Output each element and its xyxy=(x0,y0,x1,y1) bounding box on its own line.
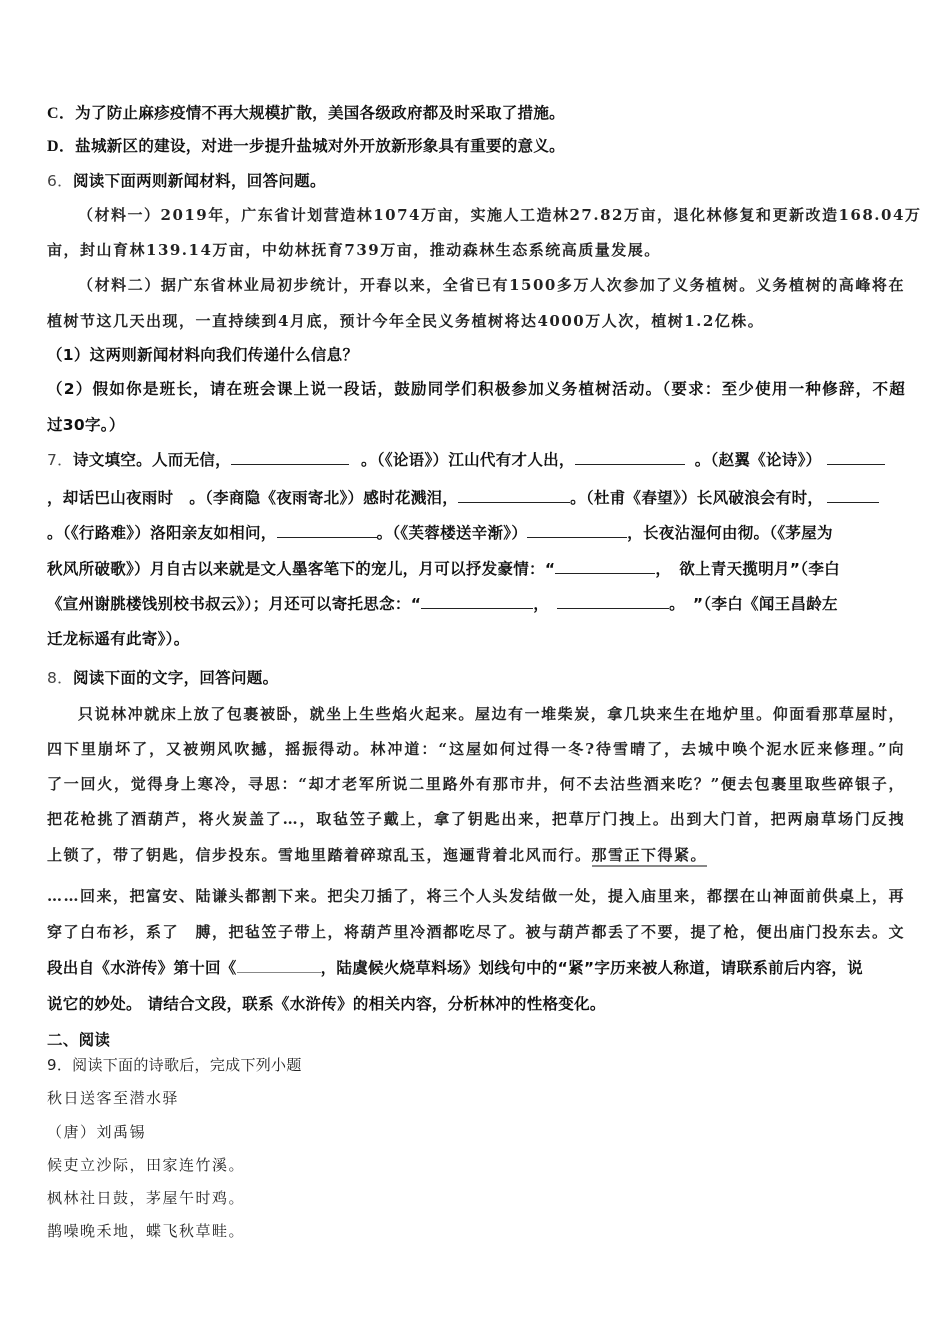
passage-line: 把花枪挑了酒葫芦，将火炭盖了…，取毡笠子戴上，拿了钥匙出来，把草厅门拽上。出到大… xyxy=(47,809,905,829)
poem-line: 候吏立沙际，田家连竹溪。 xyxy=(47,1155,905,1175)
question-7-line-2: ，却话巴山夜雨时 。（李商隐《夜雨寄北》）感时花溅泪，。（杜甫《春望》）长风破浪… xyxy=(47,488,905,508)
poem-author: （唐）刘禹锡 xyxy=(47,1122,905,1142)
text: ，长夜沾湿何由彻。（《茅屋为 xyxy=(627,524,833,542)
underlined-sentence: 那雪正下得紧。 xyxy=(592,846,708,867)
text: 《宣州谢朓楼饯别校书叔云》）；月还可以寄托思念：“ xyxy=(47,595,421,613)
question-7-line-1: 7．诗文填空。人而无信，。（《论语》）江山代有才人出，。（赵翼《论诗》） xyxy=(47,450,905,470)
text: ，陆虞候火烧草料场》划线句中的“紧”字历来被人称道，请联系前后内容，说 xyxy=(321,959,863,977)
text: ， 欲上青天揽明月”（李白 xyxy=(655,560,840,578)
text: 。（《芙蓉楼送辛渐》） xyxy=(377,524,528,542)
answer-blank[interactable] xyxy=(277,523,377,538)
passage-line: 了一回火，觉得身上寒冷，寻思：“却才老军所说二里路外有那市井，何不去沽些酒来吃？… xyxy=(47,774,905,794)
option-text: 为了防止麻疹疫情不再大规模扩散，美国各级政府都及时采取了措施。 xyxy=(75,104,565,122)
text: 段出自《水浒传》第十回《 xyxy=(47,959,237,977)
option-label: D． xyxy=(47,138,75,155)
passage-line: 四下里崩坏了，又被朔风吹撼，摇振得动。林冲道：“这屋如何过得一冬?待雪晴了，去城… xyxy=(47,739,905,759)
question-7-line-4: 秋风所破歌》）月自古以来就是文人墨客笔下的宠儿，月可以抒发豪情：“， 欲上青天揽… xyxy=(47,559,905,579)
text: 。（杜甫《春望》）长风破浪会有时， xyxy=(570,489,823,507)
question-9-prompt: 9．阅读下面的诗歌后，完成下列小题 xyxy=(47,1055,905,1075)
passage-line: 穿了白布衫，系了 膊，把毡笠子带上，将葫芦里冷酒都吃尽了。被与葫芦都丢了不要，提… xyxy=(47,922,905,942)
option-label: C． xyxy=(47,105,75,122)
answer-blank[interactable] xyxy=(557,594,669,609)
material-1-line-1: （材料一）2019年，广东省计划营造林1074万亩，实施人工造林27.82万亩，… xyxy=(78,205,905,225)
answer-blank[interactable] xyxy=(527,523,627,538)
text: 秋风所破歌》）月自古以来就是文人墨客笔下的宠儿，月可以抒发豪情：“ xyxy=(47,560,555,578)
question-number: 6． xyxy=(47,172,73,190)
question-6-sub-2-line-2: 过30字。） xyxy=(47,415,905,435)
question-6-sub-2-line-1: （2）假如你是班长，请在班会课上说一段话，鼓励同学们积极参加义务植树活动。（要求… xyxy=(47,379,905,399)
question-text: 阅读下面的文字，回答问题。 xyxy=(73,669,278,687)
section-title: 二、阅读 xyxy=(47,1030,905,1050)
question-number: 8． xyxy=(47,669,73,687)
question-8-task-line-1: 段出自《水浒传》第十回《，陆虞候火烧草料场》划线句中的“紧”字历来被人称道，请联… xyxy=(47,958,905,978)
answer-blank[interactable] xyxy=(575,450,685,465)
passage-line: ……回来，把富安、陆谦头都割下来。把尖刀插了，将三个人头发结做一处，提入庙里来，… xyxy=(47,886,905,906)
answer-blank[interactable] xyxy=(827,450,885,465)
question-8-prompt: 8．阅读下面的文字，回答问题。 xyxy=(47,668,905,688)
text: 诗文填空。人而无信， xyxy=(73,451,231,469)
answer-blank[interactable] xyxy=(827,488,879,503)
material-2-line-1: （材料二）据广东省林业局初步统计，开春以来，全省已有1500多万人次参加了义务植… xyxy=(78,275,905,295)
question-number: 9． xyxy=(47,1056,72,1074)
text: 。（赵翼《论诗》） xyxy=(695,451,822,469)
passage-line: 上锁了，带了钥匙，信步投东。雪地里踏着碎琼乱玉，迤逦背着北风而行。那雪正下得紧。 xyxy=(47,845,905,865)
question-6-prompt: 6．阅读下面两则新闻材料，回答问题。 xyxy=(47,171,905,191)
question-text: 阅读下面两则新闻材料，回答问题。 xyxy=(73,172,326,190)
answer-blank[interactable] xyxy=(458,488,570,503)
material-1-line-2: 亩，封山育林139.14万亩，中幼林抚育739万亩，推动森林生态系统高质量发展。 xyxy=(47,240,905,260)
answer-blank[interactable] xyxy=(237,958,321,973)
text: ，却话巴山夜雨时 。（李商隐《夜雨寄北》）感时花溅泪， xyxy=(47,489,458,507)
question-text: 阅读下面的诗歌后，完成下列小题 xyxy=(72,1056,302,1074)
material-2-line-2: 植树节这几天出现，一直持续到4月底，预计今年全民义务植树将达4000万人次，植树… xyxy=(47,311,905,331)
question-number: 7． xyxy=(47,451,73,469)
option-text: 盐城新区的建设，对进一步提升盐城对外开放新形象具有重要的意义。 xyxy=(75,137,565,155)
text: 。 ”（李白《闻王昌龄左 xyxy=(669,595,838,613)
text: 上锁了，带了钥匙，信步投东。雪地里踏着碎琼乱玉，迤逦背着北风而行。 xyxy=(47,846,592,864)
question-7-line-5: 《宣州谢朓楼饯别校书叔云》）；月还可以寄托思念：“， 。 ”（李白《闻王昌龄左 xyxy=(47,594,905,614)
answer-blank[interactable] xyxy=(231,450,349,465)
answer-blank[interactable] xyxy=(555,559,655,574)
option-c: C．为了防止麻疹疫情不再大规模扩散，美国各级政府都及时采取了措施。 xyxy=(47,103,905,124)
question-7-line-3: 。（《行路难》）洛阳亲友如相问，。（《芙蓉楼送辛渐》），长夜沾湿何由彻。（《茅屋… xyxy=(47,523,905,543)
answer-blank[interactable] xyxy=(421,594,533,609)
passage-line: 只说林冲就床上放了包裹被卧，就坐上生些焰火起来。屋边有一堆柴炭，拿几块来生在地炉… xyxy=(78,704,905,724)
option-d: D．盐城新区的建设，对进一步提升盐城对外开放新形象具有重要的意义。 xyxy=(47,136,905,157)
question-8-task-line-2: 说它的妙处。 请结合文段，联系《水浒传》的相关内容，分析林冲的性格变化。 xyxy=(47,994,905,1014)
question-6-sub-1: （1）这两则新闻材料向我们传递什么信息？ xyxy=(47,345,905,365)
text: 。（《论语》）江山代有才人出， xyxy=(361,451,575,469)
poem-line: 枫林社日鼓，茅屋午时鸡。 xyxy=(47,1188,905,1208)
text: 。（《行路难》）洛阳亲友如相问， xyxy=(47,524,277,542)
poem-line: 鹊噪晚禾地，蝶飞秋草畦。 xyxy=(47,1221,905,1241)
text: ， xyxy=(533,595,557,613)
question-7-line-6: 迁龙标遥有此寄》）。 xyxy=(47,629,905,649)
poem-title: 秋日送客至潜水驿 xyxy=(47,1088,905,1108)
